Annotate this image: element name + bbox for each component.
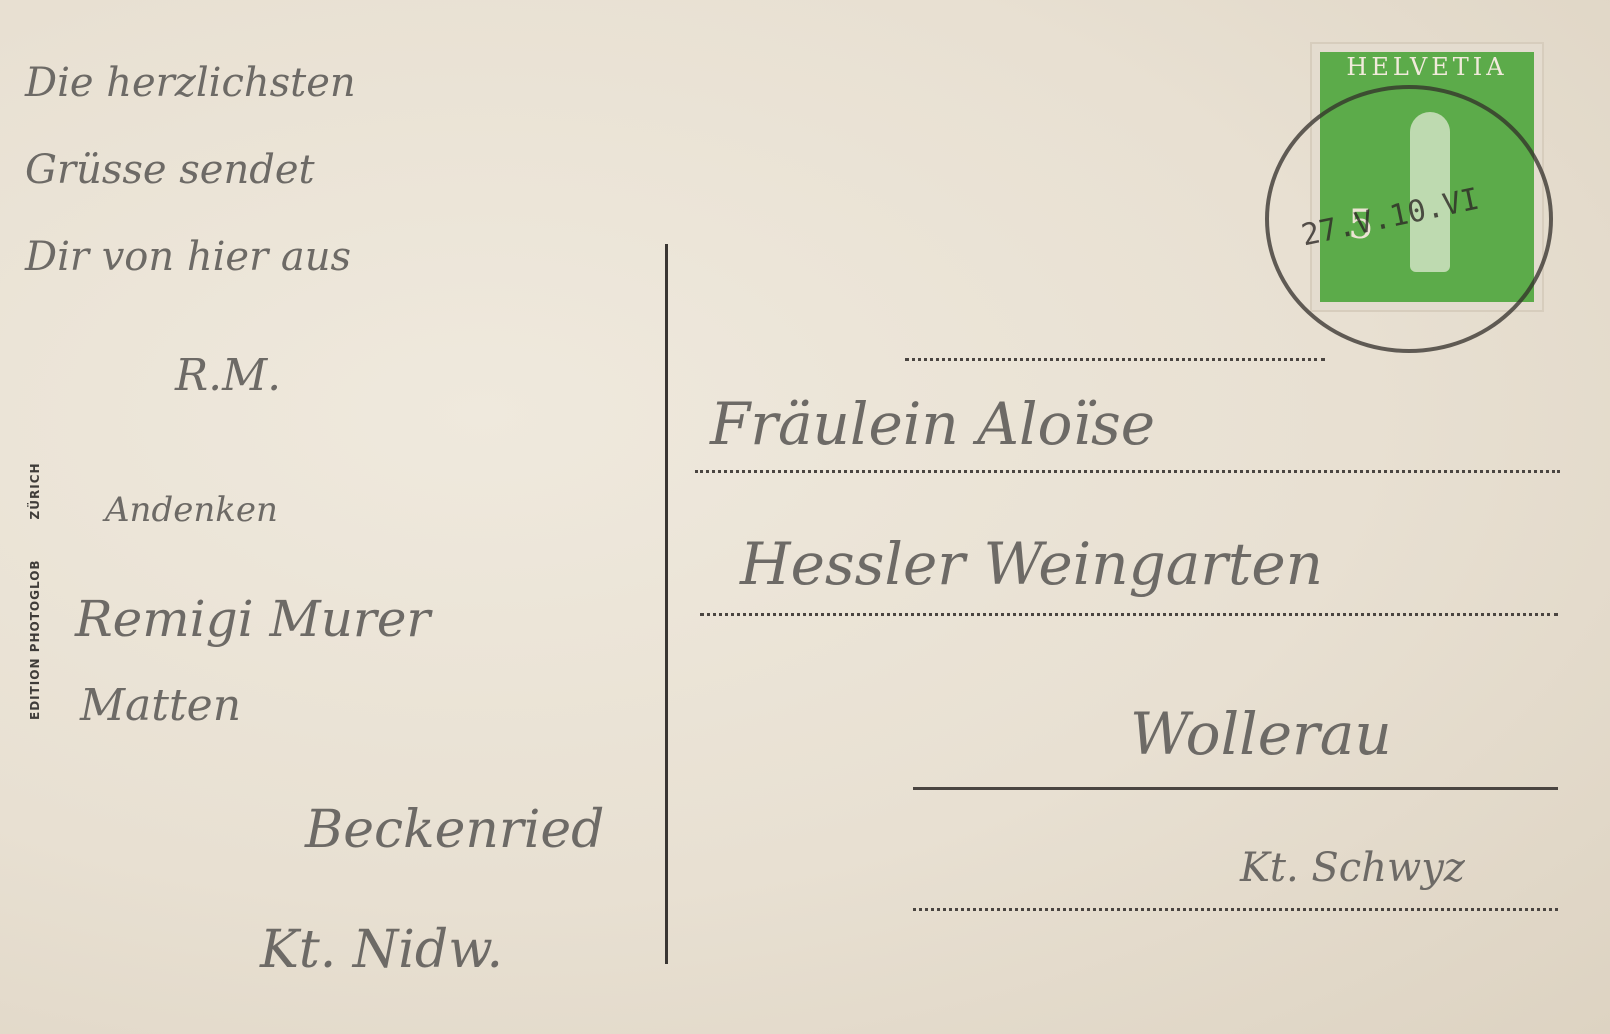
recipient-town: Wollerau — [1130, 700, 1392, 768]
center-divider — [665, 244, 668, 964]
address-line — [695, 470, 1560, 473]
sender-place: Matten — [80, 680, 241, 731]
sender-town: Beckenried — [305, 800, 604, 860]
address-line — [913, 787, 1558, 790]
publisher-imprint: EDITION PHOTOGLOBZÜRICH — [28, 422, 42, 720]
publisher-name: EDITION PHOTOGLOB — [28, 559, 42, 720]
initials: R.M. — [175, 350, 281, 401]
message-line: Grüsse sendet — [25, 127, 645, 214]
address-line — [700, 613, 1558, 616]
sender-line: Andenken — [105, 490, 278, 530]
sender-canton: Kt. Nidw. — [260, 920, 503, 980]
message-line: Die herzlichsten — [25, 40, 645, 127]
sender-name: Remigi Murer — [75, 590, 430, 648]
recipient-name: Fräulein Aloïse — [710, 390, 1155, 458]
message-text: Die herzlichsten Grüsse sendet Dir von h… — [25, 40, 645, 301]
recipient-street: Hessler Weingarten — [740, 530, 1323, 598]
stamp-country: HELVETIA — [1320, 52, 1534, 82]
recipient-canton: Kt. Schwyz — [1240, 845, 1465, 891]
publisher-city: ZÜRICH — [28, 462, 42, 519]
address-line — [913, 908, 1558, 911]
postcard-back: Die herzlichsten Grüsse sendet Dir von h… — [0, 0, 1610, 1034]
message-line: Dir von hier aus — [25, 214, 645, 301]
address-line — [905, 358, 1325, 361]
